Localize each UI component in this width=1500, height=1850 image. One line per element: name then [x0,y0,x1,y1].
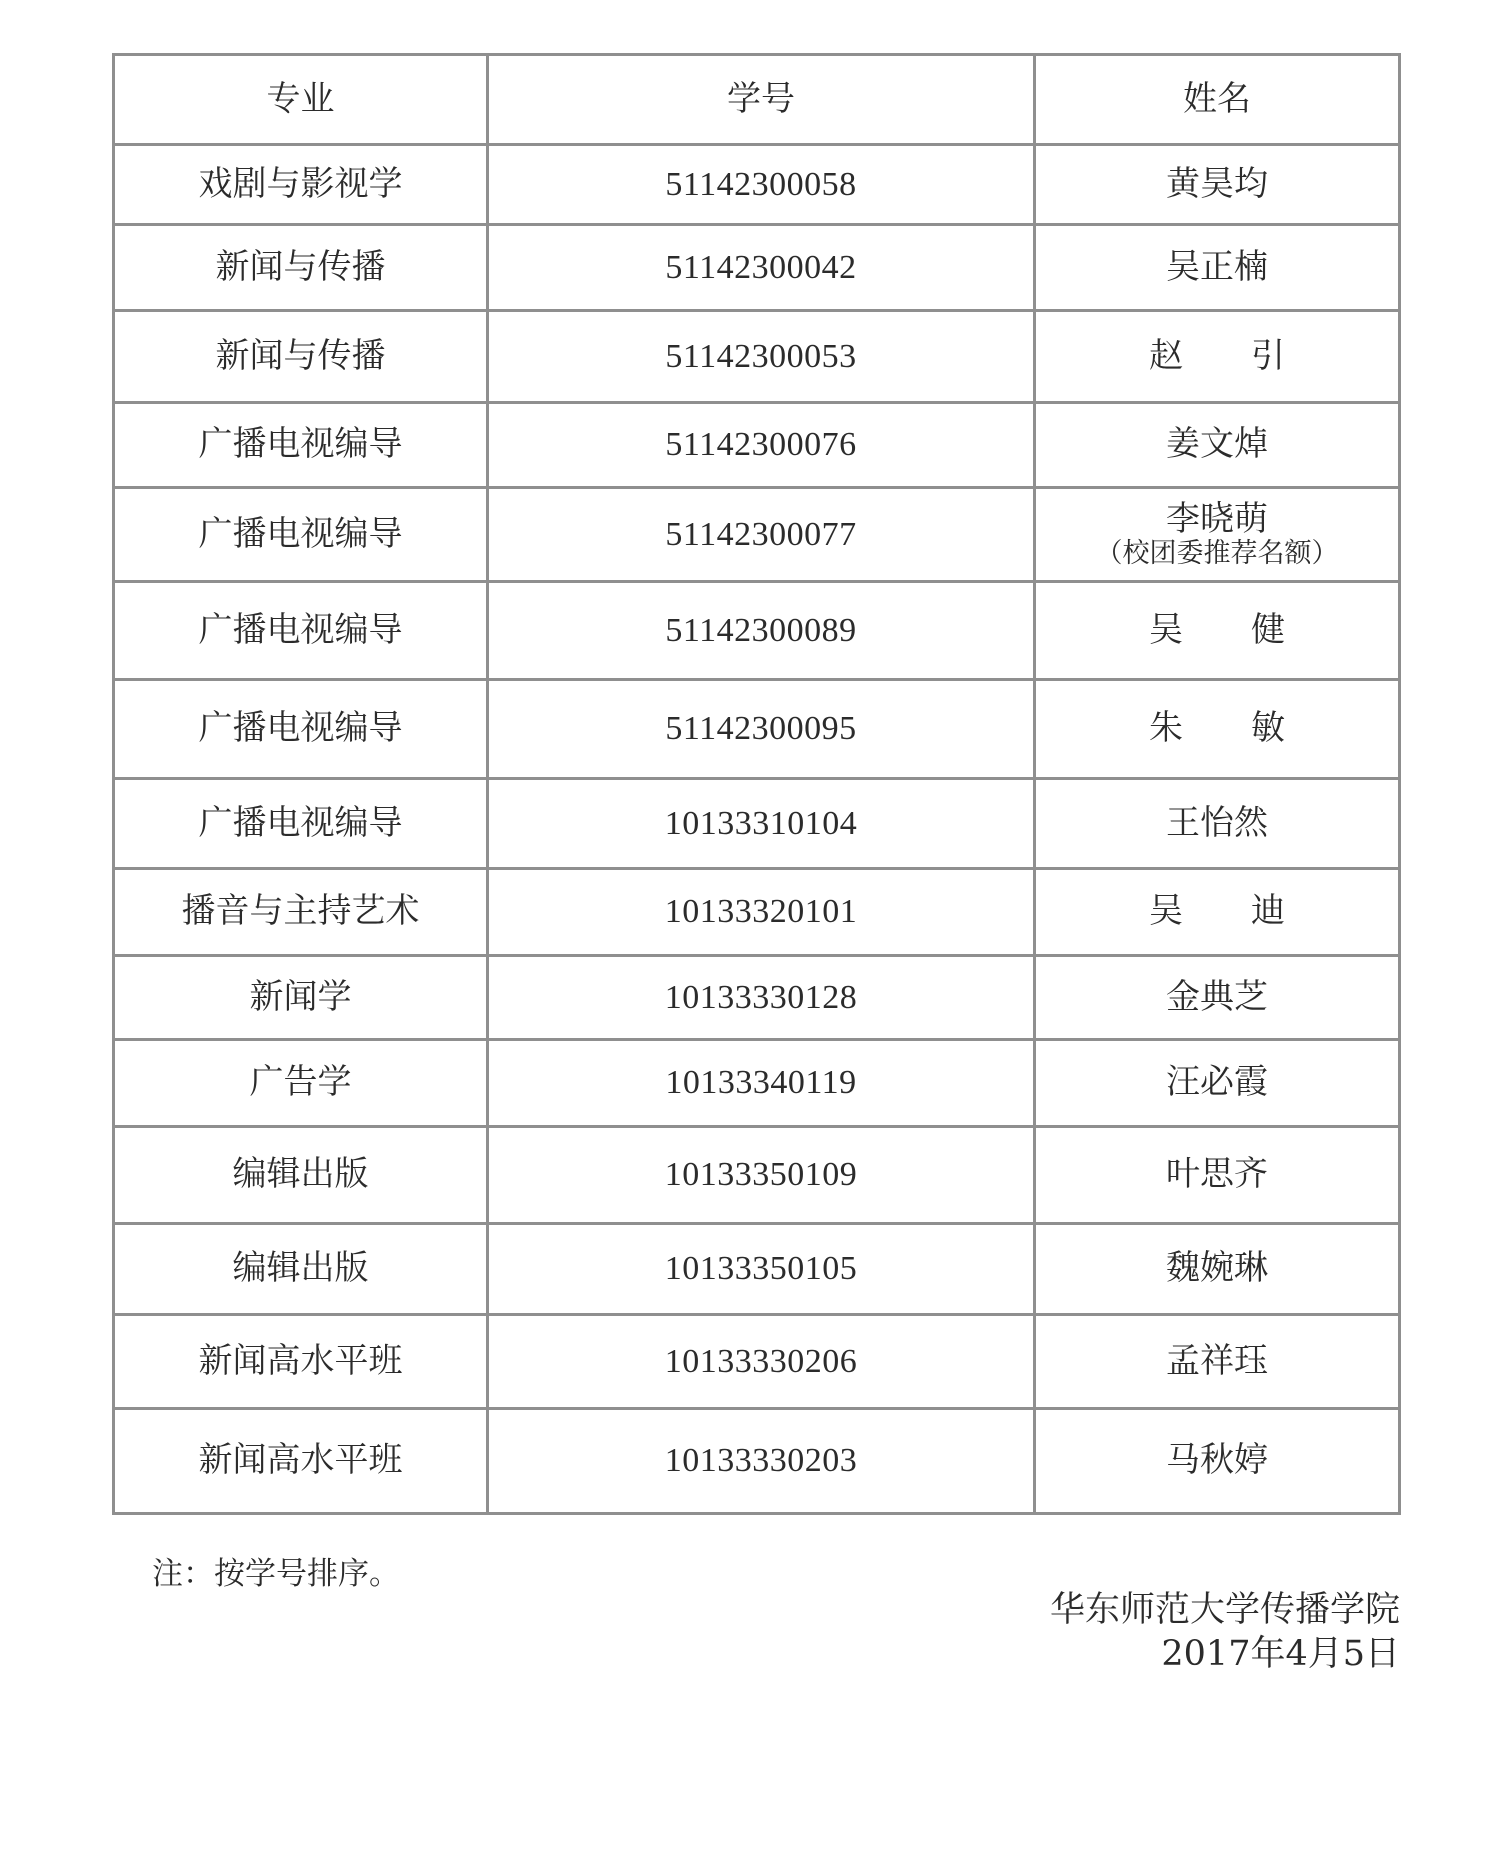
header-name: 姓名 [1035,55,1400,145]
cell-major: 广播电视编导 [114,488,488,582]
cell-student-id: 51142300077 [488,488,1035,582]
table-row: 广播电视编导 51142300089 吴 健 [114,582,1400,680]
cell-name: 魏婉琳 [1035,1224,1400,1315]
cell-name: 王怡然 [1035,779,1400,869]
table-row: 广播电视编导 51142300076 姜文焯 [114,403,1400,488]
cell-major: 广告学 [114,1040,488,1127]
cell-name: 叶思齐 [1035,1127,1400,1224]
cell-name: 李晓萌 [1036,500,1398,539]
header-student-id: 学号 [488,55,1035,145]
cell-major: 新闻与传播 [114,225,488,311]
cell-name: 朱 敏 [1035,680,1400,779]
cell-major: 播音与主持艺术 [114,869,488,956]
recommendation-note: （校团委推荐名额） [1036,539,1398,569]
cell-student-id: 10133350109 [488,1127,1035,1224]
cell-student-id: 10133350105 [488,1224,1035,1315]
issue-date: 2017年4月5日 [1050,1632,1400,1676]
cell-student-id: 51142300076 [488,403,1035,488]
cell-major: 编辑出版 [114,1224,488,1315]
cell-major: 广播电视编导 [114,403,488,488]
table-row: 新闻高水平班 10133330203 马秋婷 [114,1409,1400,1514]
cell-student-id: 51142300058 [488,145,1035,225]
sort-note: 注：按学号排序。 [152,1548,400,1593]
cell-name: 金典芝 [1035,956,1400,1040]
cell-name: 姜文焯 [1035,403,1400,488]
table-row: 新闻高水平班 10133330206 孟祥珏 [114,1315,1400,1409]
cell-student-id: 51142300089 [488,582,1035,680]
cell-major: 编辑出版 [114,1127,488,1224]
table-row: 播音与主持艺术 10133320101 吴 迪 [114,869,1400,956]
table-row: 戏剧与影视学 51142300058 黄昊均 [114,145,1400,225]
cell-name: 孟祥珏 [1035,1315,1400,1409]
cell-student-id: 51142300053 [488,311,1035,403]
cell-name: 马秋婷 [1035,1409,1400,1514]
cell-name: 吴正楠 [1035,225,1400,311]
cell-major: 新闻学 [114,956,488,1040]
cell-major: 新闻高水平班 [114,1315,488,1409]
table-row: 新闻与传播 51142300042 吴正楠 [114,225,1400,311]
table-row: 广告学 10133340119 汪必霞 [114,1040,1400,1127]
cell-major: 广播电视编导 [114,680,488,779]
cell-major: 戏剧与影视学 [114,145,488,225]
cell-name: 吴 健 [1035,582,1400,680]
cell-major: 广播电视编导 [114,582,488,680]
cell-major: 新闻与传播 [114,311,488,403]
cell-student-id: 10133330128 [488,956,1035,1040]
cell-student-id: 51142300095 [488,680,1035,779]
cell-major: 新闻高水平班 [114,1409,488,1514]
cell-name-with-note: 李晓萌 （校团委推荐名额） [1035,488,1400,582]
document-page: 专业 学号 姓名 戏剧与影视学 51142300058 黄昊均 新闻与传播 51… [0,0,1500,1850]
institution-name: 华东师范大学传播学院 [1050,1588,1400,1632]
cell-student-id: 10133330206 [488,1315,1035,1409]
table-row: 广播电视编导 10133310104 王怡然 [114,779,1400,869]
cell-student-id: 10133320101 [488,869,1035,956]
table-row: 广播电视编导 51142300095 朱 敏 [114,680,1400,779]
cell-student-id: 10133340119 [488,1040,1035,1127]
signature-block: 华东师范大学传播学院 2017年4月5日 [1050,1588,1400,1676]
cell-name: 汪必霞 [1035,1040,1400,1127]
cell-student-id: 51142300042 [488,225,1035,311]
table-row: 新闻学 10133330128 金典芝 [114,956,1400,1040]
table-row: 广播电视编导 51142300077 李晓萌 （校团委推荐名额） [114,488,1400,582]
cell-major: 广播电视编导 [114,779,488,869]
table-row: 编辑出版 10133350109 叶思齐 [114,1127,1400,1224]
cell-name: 黄昊均 [1035,145,1400,225]
table-header-row: 专业 学号 姓名 [114,55,1400,145]
cell-student-id: 10133310104 [488,779,1035,869]
cell-name: 赵 引 [1035,311,1400,403]
header-major: 专业 [114,55,488,145]
table-row: 编辑出版 10133350105 魏婉琳 [114,1224,1400,1315]
cell-student-id: 10133330203 [488,1409,1035,1514]
student-roster-table: 专业 学号 姓名 戏剧与影视学 51142300058 黄昊均 新闻与传播 51… [112,53,1401,1515]
cell-name: 吴 迪 [1035,869,1400,956]
table-row: 新闻与传播 51142300053 赵 引 [114,311,1400,403]
